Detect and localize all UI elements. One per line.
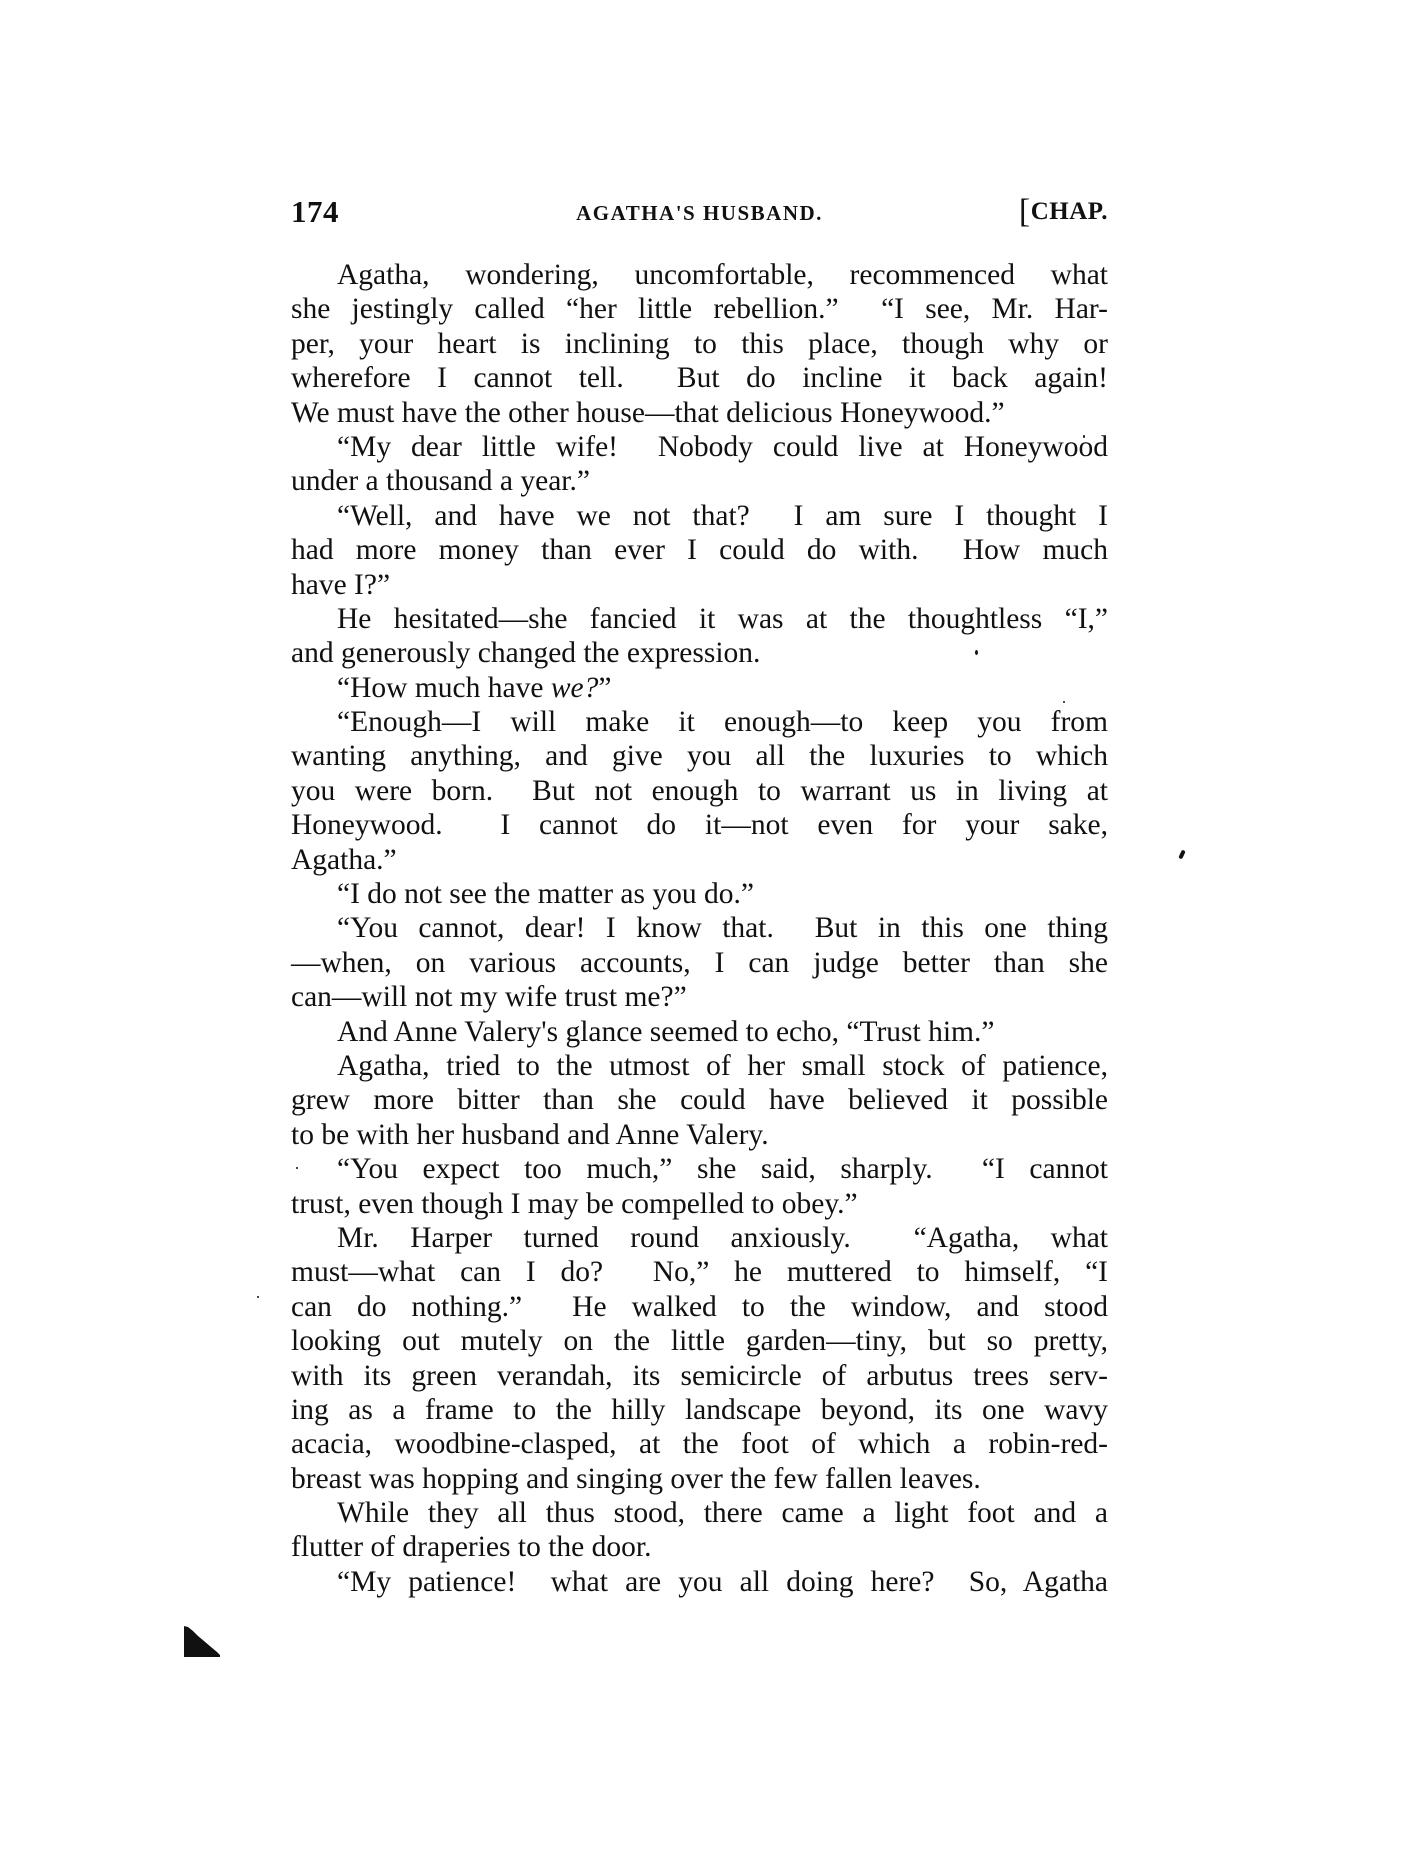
text-line: breast was hopping and singing over the … [291, 1462, 1108, 1496]
text-line: Agatha, tried to the utmost of her small… [291, 1049, 1108, 1083]
text-line: flutter of draperies to the door. [291, 1530, 1108, 1564]
text-line: can do nothing.” He walked to the window… [291, 1290, 1108, 1324]
text-line: Agatha, wondering, uncomfortable, recomm… [291, 258, 1108, 292]
chapter-bracket: [ [1019, 193, 1031, 230]
chapter-marker: [CHAP. [1019, 194, 1108, 230]
text-line: can—will not my wife trust me?” [291, 980, 1108, 1014]
corner-triangle-icon [184, 1626, 220, 1657]
text-line: “Enough—I will make it enough—to keep yo… [291, 705, 1108, 739]
text-line: had more money than ever I could do with… [291, 533, 1108, 567]
text-line: looking out mutely on the little garden—… [291, 1324, 1108, 1358]
text-line: He hesitated—she fancied it was at the t… [291, 602, 1108, 636]
text-line: “You expect too much,” she said, sharply… [291, 1152, 1108, 1186]
text-line: “My patience! what are you all doing her… [291, 1565, 1108, 1599]
text-line: and generously changed the expression. [291, 636, 1108, 670]
text-line: While they all thus stood, there came a … [291, 1496, 1108, 1530]
text-line: acacia, woodbine-clasped, at the foot of… [291, 1427, 1108, 1461]
text-line: wherefore I cannot tell. But do incline … [291, 361, 1108, 395]
text-line: “My dear little wife! Nobody could live … [291, 430, 1108, 464]
scan-speck [1083, 435, 1085, 438]
text-line: wanting anything, and give you all the l… [291, 739, 1108, 773]
text-line: you were born. But not enough to warrant… [291, 774, 1108, 808]
text-line: Mr. Harper turned round anxiously. “Agat… [291, 1221, 1108, 1255]
text-line: under a thousand a year.” [291, 464, 1108, 498]
text-line: And Anne Valery's glance seemed to echo,… [291, 1015, 1108, 1049]
scan-speck [1063, 701, 1065, 703]
book-page: 174 AGATHA'S HUSBAND. [CHAP. Agatha, won… [0, 0, 1401, 1851]
text-line: —when, on various accounts, I can judge … [291, 946, 1108, 980]
body-text: Agatha, wondering, uncomfortable, recomm… [291, 258, 1108, 1599]
chapter-label: CHAP. [1031, 198, 1108, 225]
text-line: Agatha.” [291, 843, 1108, 877]
text-line: trust, even though I may be compelled to… [291, 1187, 1108, 1221]
text-line: “Well, and have we not that? I am sure I… [291, 499, 1108, 533]
text-line: she jestingly called “her little rebelli… [291, 292, 1108, 326]
text-line: per, your heart is inclining to this pla… [291, 327, 1108, 361]
text-run: ” [598, 672, 611, 704]
book-title: AGATHA'S HUSBAND. [291, 198, 1108, 228]
running-head: 174 AGATHA'S HUSBAND. [CHAP. [291, 194, 1108, 230]
text-line: ing as a frame to the hilly landscape be… [291, 1393, 1108, 1427]
scan-speck [296, 1167, 298, 1169]
scan-speck [1178, 850, 1185, 860]
text-line: “I do not see the matter as you do.” [291, 877, 1108, 911]
scan-speck [975, 650, 978, 655]
text-line: “How much have we?” [291, 671, 1108, 705]
text-line: We must have the other house—that delici… [291, 396, 1108, 430]
text-line: “You cannot, dear! I know that. But in t… [291, 911, 1108, 945]
text-line: with its green verandah, its semicircle … [291, 1359, 1108, 1393]
text-line: to be with her husband and Anne Valery. [291, 1118, 1108, 1152]
text-line: must—what can I do? No,” he muttered to … [291, 1255, 1108, 1289]
italic-run: we? [551, 672, 599, 704]
text-run: “How much have [337, 672, 551, 704]
text-line: have I?” [291, 568, 1108, 602]
text-line: Honeywood. I cannot do it—not even for y… [291, 808, 1108, 842]
text-line: grew more bitter than she could have bel… [291, 1083, 1108, 1117]
scan-speck [257, 1296, 259, 1298]
